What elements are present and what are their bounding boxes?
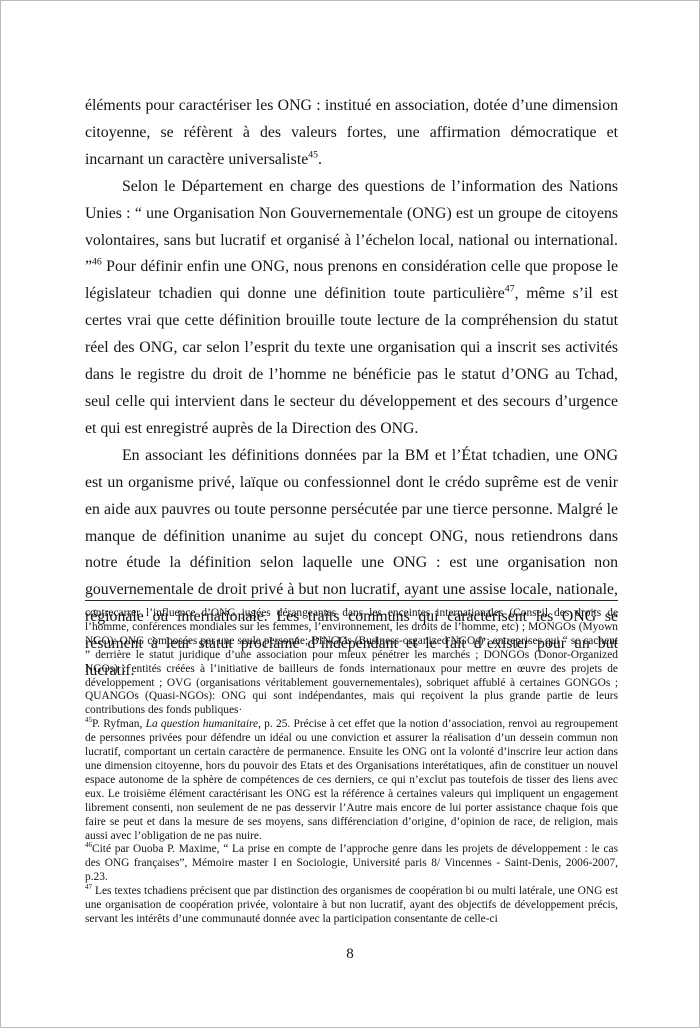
superscript-ref: 47	[505, 284, 515, 295]
text-run: contrecarrer l’influence d’ONG jugées dé…	[85, 607, 618, 716]
text-run: , même s’il est certes vrai que cette dé…	[85, 285, 618, 437]
footnote: contrecarrer l’influence d’ONG jugées dé…	[85, 607, 618, 718]
text-run: Les textes tchadiens précisent que par d…	[85, 885, 618, 925]
footnote: 46Cité par Ouoba P. Maxime, “ La prise e…	[85, 843, 618, 885]
main-text-block: éléments pour caractériser les ONG : ins…	[85, 93, 618, 685]
italic-text: La question humanitaire	[146, 718, 258, 730]
footnote: 47 Les textes tchadiens précisent que pa…	[85, 885, 618, 927]
text-run: Cité par Ouoba P. Maxime, “ La prise en …	[85, 843, 618, 883]
text-run: , p. 25. Précise à cet effet que la noti…	[85, 718, 618, 841]
footnotes-block: contrecarrer l’influence d’ONG jugées dé…	[85, 607, 618, 927]
paragraph: Selon le Département en charge des quest…	[85, 174, 618, 443]
page-number: 8	[0, 946, 700, 963]
paragraph: éléments pour caractériser les ONG : ins…	[85, 93, 618, 174]
footnote-separator	[85, 600, 618, 601]
superscript-ref: 46	[92, 257, 102, 268]
footnote-marker: 45	[85, 716, 92, 724]
text-run: .	[318, 151, 322, 168]
document-page: éléments pour caractériser les ONG : ins…	[0, 0, 700, 1028]
superscript-ref: 45	[308, 150, 318, 161]
text-run: éléments pour caractériser les ONG : ins…	[85, 97, 618, 168]
footnote-marker: 46	[85, 842, 92, 850]
footnote-marker: 47	[85, 883, 92, 891]
text-run: P. Ryfman,	[92, 718, 146, 730]
footnote: 45P. Ryfman, La question humanitaire, p.…	[85, 718, 618, 843]
footnote-area: contrecarrer l’influence d’ONG jugées dé…	[85, 600, 618, 927]
